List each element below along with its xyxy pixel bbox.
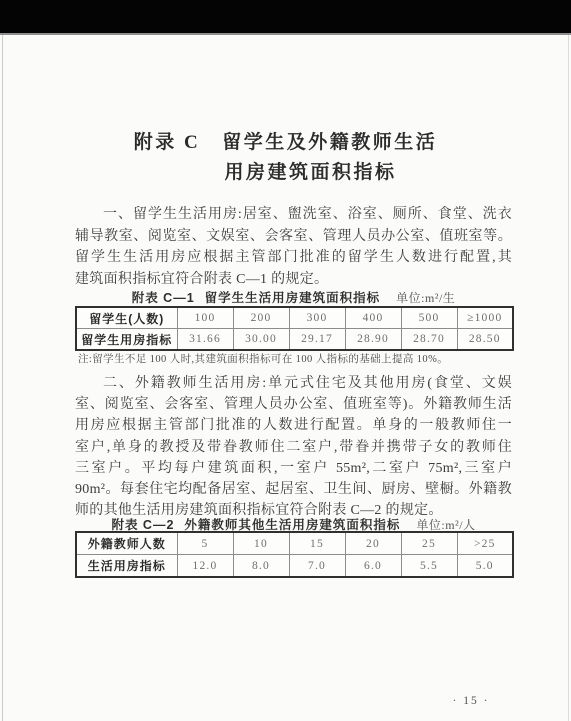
paragraph-students: 一、留学生生活用房:居室、盥洗室、浴室、厕所、食堂、洗衣房、 辅导教室、阅览室、… [75,204,512,290]
table-cell: 31.66 [177,329,233,351]
paragraph-line: 室户,单身的教授及带眷教师住二室户,带眷并携带子女的教师住 [75,437,512,458]
table-c1-caption: 附表 C—1 留学生生活用房建筑面积指标 单位:m²/生 [75,288,512,306]
table-row: 外籍教师人数 5 10 15 20 25 >25 [76,532,513,555]
table-cell: 200 [233,307,289,329]
paragraph-foreign-teachers: 二、外籍教师生活用房:单元式住宅及其他用房(食堂、文娱 室、阅览室、会客室、管理… [75,373,512,521]
table-c1-caption-title: 留学生生活用房建筑面积指标 [205,288,381,306]
table-cell: 7.0 [289,555,345,578]
page-number: · 15 · [430,695,512,707]
table-cell: 400 [345,307,401,329]
table-cell: 5.0 [457,555,513,578]
paragraph-line: 留学生生活用房应根据主管部门批准的留学生人数进行配置,其 [75,247,512,269]
scanned-document-page: 附录 C留学生及外籍教师生活 用房建筑面积指标 一、留学生生活用房:居室、盥洗室… [0,0,571,721]
table-row: 留学生(人数) 100 200 300 400 500 ≥1000 [76,307,513,329]
table-c1-row-label: 留学生用房指标 [76,329,177,351]
table-cell: 100 [177,307,233,329]
appendix-label: 附录 C [134,132,200,153]
paragraph-line: 一、留学生生活用房:居室、盥洗室、浴室、厕所、食堂、洗衣房、 [75,204,512,226]
table-cell: 12.0 [177,555,233,578]
paragraph-line: 二、外籍教师生活用房:单元式住宅及其他用房(食堂、文娱 [75,373,512,394]
table-cell: 6.0 [345,555,401,578]
paragraph-line: 建筑面积指标宜符合附表 C—1 的规定。 [75,269,512,291]
table-cell: 20 [345,532,401,555]
table-cell: 29.17 [289,329,345,351]
table-cell: 28.70 [401,329,457,351]
table-row: 生活用房指标 12.0 8.0 7.0 6.0 5.5 5.0 [76,555,513,578]
table-cell: ≥1000 [457,307,513,329]
table-c2-row-label: 生活用房指标 [76,555,177,578]
table-cell: 30.00 [233,329,289,351]
table-cell: 5.5 [401,555,457,578]
paragraph-line: 90m²。每套住宅均配备居室、起居室、卫生间、厨房、壁橱。外籍教 [75,479,512,500]
table-cell: 10 [233,532,289,555]
table-cell: 15 [289,532,345,555]
table-c1: 留学生(人数) 100 200 300 400 500 ≥1000 留学生用房指… [75,306,514,351]
paragraph-line: 辅导教室、阅览室、文娱室、会客室、管理人员办公室、值班室等。 [75,226,512,248]
table-cell: 5 [177,532,233,555]
table-c1-note: 注:留学生不足 100 人时,其建筑面积指标可在 100 人指标的基础上提高 1… [78,353,512,366]
appendix-title-line1: 留学生及外籍教师生活 [222,132,437,153]
table-cell: 28.50 [457,329,513,351]
appendix-title: 附录 C留学生及外籍教师生活 用房建筑面积指标 [0,128,571,188]
table-row: 留学生用房指标 31.66 30.00 29.17 28.90 28.70 28… [76,329,513,351]
table-cell: 8.0 [233,555,289,578]
paragraph-line: 三室户。平均每户建筑面积,一室户 55m²,二室户 75m²,三室户 [75,458,512,479]
table-c1-header-label: 留学生(人数) [76,307,177,329]
paragraph-line: 用房应根据主管部门批准的人数进行配置。单身的一般教师住一 [75,415,512,436]
appendix-title-line2: 用房建筑面积指标 [0,158,571,188]
table-cell: >25 [457,532,513,555]
table-cell: 500 [401,307,457,329]
table-cell: 28.90 [345,329,401,351]
table-cell: 300 [289,307,345,329]
table-c2: 外籍教师人数 5 10 15 20 25 >25 生活用房指标 12.0 8.0… [75,531,514,578]
table-c1-unit: 单位:m²/生 [396,289,455,306]
paragraph-line: 室、阅览室、会客室、管理人员办公室、值班室等)。外籍教师生活 [75,394,512,415]
table-c2-header-label: 外籍教师人数 [76,532,177,555]
table-cell: 25 [401,532,457,555]
table-c1-caption-label: 附表 C—1 [132,288,195,306]
top-black-bar [0,0,571,35]
